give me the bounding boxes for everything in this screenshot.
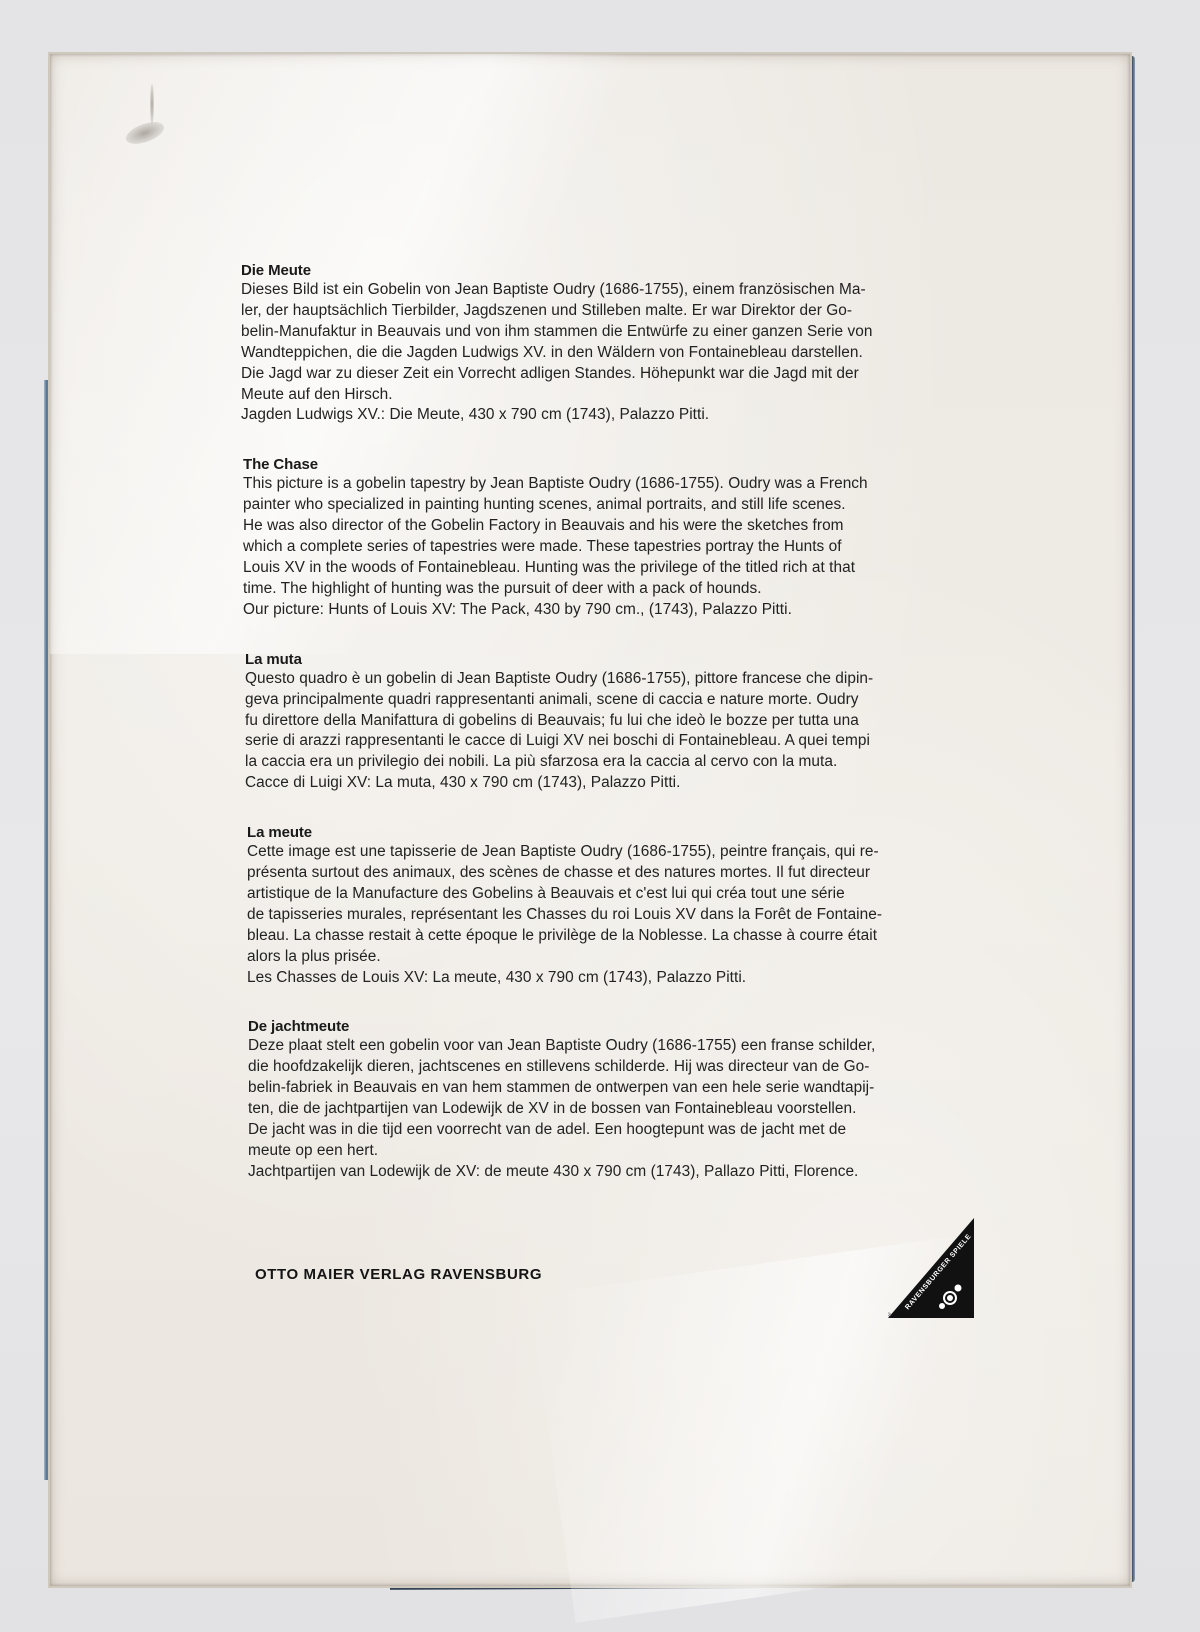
body-line: which a complete series of tapestries we…: [243, 537, 971, 558]
body-line: Meute auf den Hirsch.: [241, 385, 971, 406]
section-title: The Chase: [243, 456, 971, 474]
body-line: serie di arazzi rappresentanti le cacce …: [245, 731, 971, 752]
body-line: ler, der hauptsächlich Tierbilder, Jagds…: [241, 301, 971, 322]
section-german: Die Meute Dieses Bild ist ein Gobelin vo…: [241, 262, 971, 426]
section-title: De jachtmeute: [248, 1018, 971, 1036]
body-line: présenta surtout des animaux, des scènes…: [247, 863, 971, 884]
body-line: Dieses Bild ist ein Gobelin von Jean Bap…: [241, 280, 971, 301]
body-line: Cette image est une tapisserie de Jean B…: [247, 842, 971, 863]
body-line: Questo quadro è un gobelin di Jean Bapti…: [245, 669, 971, 690]
body-line: painter who specialized in painting hunt…: [243, 495, 971, 516]
body-line: geva principalmente quadri rappresentant…: [245, 690, 971, 711]
body-line: Wandteppichen, die die Jagden Ludwigs XV…: [241, 343, 971, 364]
section-english: The Chase This picture is a gobelin tape…: [243, 456, 971, 620]
body-line: de tapisseries murales, représentant les…: [247, 905, 971, 926]
caption-line: Cacce di Luigi XV: La muta, 430 x 790 cm…: [245, 773, 971, 794]
body-line: fu direttore della Manifattura di gobeli…: [245, 711, 971, 732]
body-line: meute op een hert.: [248, 1141, 971, 1162]
body-line: bleau. La chasse restait à cette époque …: [247, 926, 971, 947]
caption-line: Les Chasses de Louis XV: La meute, 430 x…: [247, 968, 971, 989]
body-line: De jacht was in die tijd een voorrecht v…: [248, 1120, 971, 1141]
dirt-stain: [123, 118, 167, 149]
body-line: belin-fabriek in Beauvais en van hem sta…: [248, 1078, 971, 1099]
body-line: Die Jagd war zu dieser Zeit ein Vorrecht…: [241, 364, 971, 385]
caption-line: Jagden Ludwigs XV.: Die Meute, 430 x 790…: [241, 405, 971, 426]
body-line: ten, die de jachtpartijen van Lodewijk d…: [248, 1099, 971, 1120]
body-line: time. The highlight of hunting was the p…: [243, 579, 971, 600]
caption-line: Jachtpartijen van Lodewijk de XV: de meu…: [248, 1162, 971, 1183]
body-line: la caccia era un privilegio dei nobili. …: [245, 752, 971, 773]
body-line: alors la plus prisée.: [247, 947, 971, 968]
body-line: Louis XV in the woods of Fontainebleau. …: [243, 558, 971, 579]
section-french: La meute Cette image est une tapisserie …: [247, 824, 971, 988]
section-italian: La muta Questo quadro è un gobelin di Je…: [245, 651, 971, 794]
body-line: artistique de la Manufacture des Gobelin…: [247, 884, 971, 905]
dirt-stain: [150, 84, 154, 124]
body-line: belin-Manufaktur in Beauvais und von ihm…: [241, 322, 971, 343]
section-title: La meute: [247, 824, 971, 842]
body-line: This picture is a gobelin tapestry by Je…: [243, 474, 971, 495]
body-line: Deze plaat stelt een gobelin voor van Je…: [248, 1036, 971, 1057]
section-title: La muta: [245, 651, 971, 669]
caption-line: Our picture: Hunts of Louis XV: The Pack…: [243, 600, 971, 621]
ravensburger-triangle-logo-icon: RAVENSBURGER SPIELE ®: [888, 1218, 974, 1318]
body-line: die hoofdzakelijk dieren, jachtscenes en…: [248, 1057, 971, 1078]
body-line: He was also director of the Gobelin Fact…: [243, 516, 971, 537]
description-text: Die Meute Dieses Bild ist ein Gobelin vo…: [241, 262, 971, 1213]
publisher-name: OTTO MAIER VERLAG RAVENSBURG: [255, 1266, 542, 1283]
section-title: Die Meute: [241, 262, 971, 280]
section-dutch: De jachtmeute Deze plaat stelt een gobel…: [248, 1018, 971, 1182]
plastic-wrap-sheen: [530, 1215, 1150, 1623]
